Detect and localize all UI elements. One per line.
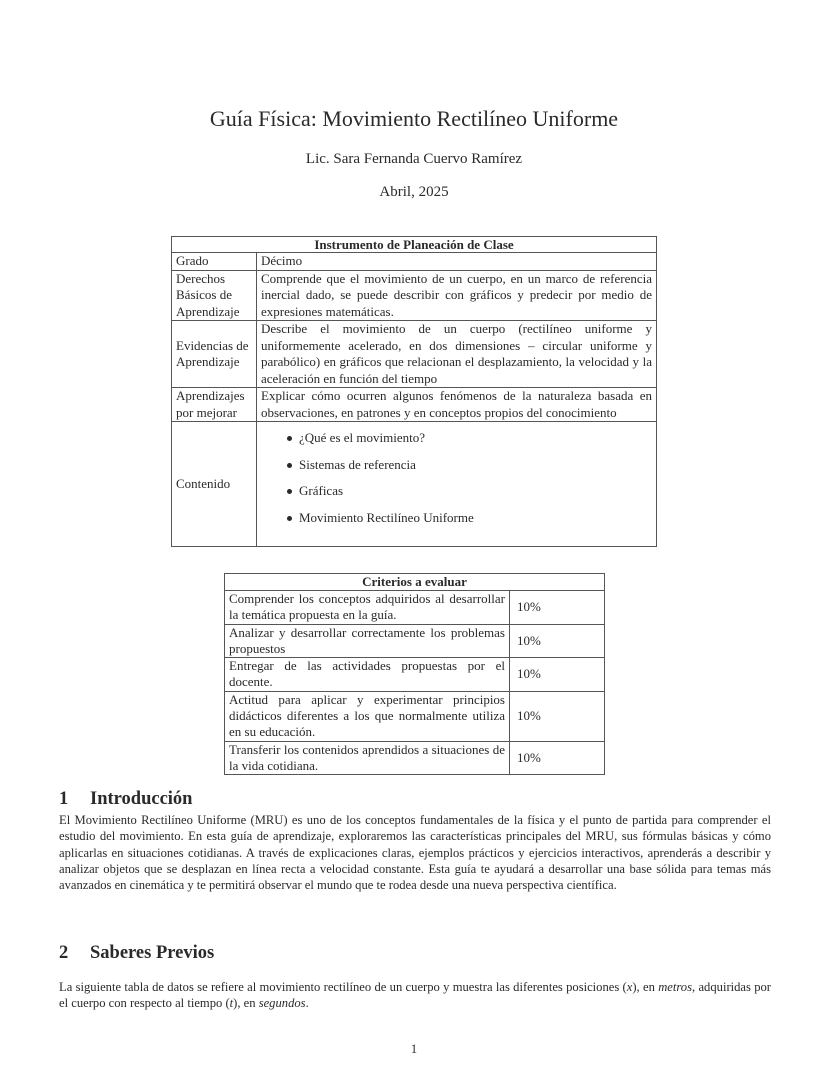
section-number: 2 [59, 943, 90, 964]
content-list-cell: ¿Qué es el movimiento? Sistemas de refer… [257, 422, 657, 547]
unit-metros: metros [658, 980, 692, 994]
criteria-table: Criterios a evaluar Comprender los conce… [224, 573, 605, 775]
table-row: Transferir los contenidos aprendidos a s… [225, 741, 605, 775]
criterion-weight: 10% [510, 691, 605, 741]
list-item: ¿Qué es el movimiento? [299, 430, 652, 446]
section-title: Introducción [90, 789, 192, 809]
table-row: Derechos Básicos de Aprendizaje Comprend… [172, 270, 657, 321]
text-run: ), en [233, 996, 259, 1010]
criteria-table-title: Criterios a evaluar [225, 574, 605, 591]
document-author: Lic. Sara Fernanda Cuervo Ramírez [0, 151, 828, 168]
criterion-text: Entregar de las actividades propuestas p… [225, 658, 510, 692]
page-number: 1 [0, 1042, 828, 1057]
document-date: Abril, 2025 [0, 184, 828, 201]
criterion-text: Transferir los contenidos aprendidos a s… [225, 741, 510, 775]
list-item: Gráficas [299, 483, 652, 499]
unit-segundos: segundos [259, 996, 306, 1010]
planning-table-title: Instrumento de Planeación de Clase [172, 237, 657, 253]
criterion-weight: 10% [510, 741, 605, 775]
row-value: Décimo [257, 253, 657, 271]
table-row: Entregar de las actividades propuestas p… [225, 658, 605, 692]
criterion-weight: 10% [510, 658, 605, 692]
criterion-weight: 10% [510, 591, 605, 625]
criterion-text: Analizar y desarrollar correctamente los… [225, 624, 510, 658]
text-run: . [306, 996, 309, 1010]
table-row: Aprendizajes por mejorar Explicar cómo o… [172, 388, 657, 422]
introduccion-paragraph: El Movimiento Rectilíneo Uniforme (MRU) … [59, 812, 771, 893]
section-title: Saberes Previos [90, 943, 214, 963]
list-item: Movimiento Rectilíneo Uniforme [299, 510, 652, 526]
table-row: Comprender los conceptos adquiridos al d… [225, 591, 605, 625]
row-label: Contenido [172, 422, 257, 547]
row-value: Describe el movimiento de un cuerpo (rec… [257, 321, 657, 388]
criterion-text: Comprender los conceptos adquiridos al d… [225, 591, 510, 625]
table-row: Evidencias de Aprendizaje Describe el mo… [172, 321, 657, 388]
list-item: Sistemas de referencia [299, 457, 652, 473]
row-label: Evidencias de Aprendizaje [172, 321, 257, 388]
saberes-previos-paragraph: La siguiente tabla de datos se refiere a… [59, 979, 771, 1012]
row-label: Aprendizajes por mejorar [172, 388, 257, 422]
row-label: Grado [172, 253, 257, 271]
row-label: Derechos Básicos de Aprendizaje [172, 270, 257, 321]
criterion-text: Actitud para aplicar y experimentar prin… [225, 691, 510, 741]
planning-table: Instrumento de Planeación de Clase Grado… [171, 236, 657, 547]
section-heading-saberes-previos: 2Saberes Previos [59, 943, 214, 964]
row-value: Comprende que el movimiento de un cuerpo… [257, 270, 657, 321]
section-heading-introduccion: 1Introducción [59, 789, 192, 810]
table-row: Contenido ¿Qué es el movimiento? Sistema… [172, 422, 657, 547]
text-run: ), en [632, 980, 658, 994]
content-list: ¿Qué es el movimiento? Sistemas de refer… [261, 422, 652, 546]
row-value: Explicar cómo ocurren algunos fenómenos … [257, 388, 657, 422]
table-row: Analizar y desarrollar correctamente los… [225, 624, 605, 658]
criterion-weight: 10% [510, 624, 605, 658]
document-title: Guía Física: Movimiento Rectilíneo Unifo… [0, 106, 828, 132]
table-row: Actitud para aplicar y experimentar prin… [225, 691, 605, 741]
table-row: Grado Décimo [172, 253, 657, 271]
text-run: La siguiente tabla de datos se refiere a… [59, 980, 627, 994]
section-number: 1 [59, 789, 90, 810]
